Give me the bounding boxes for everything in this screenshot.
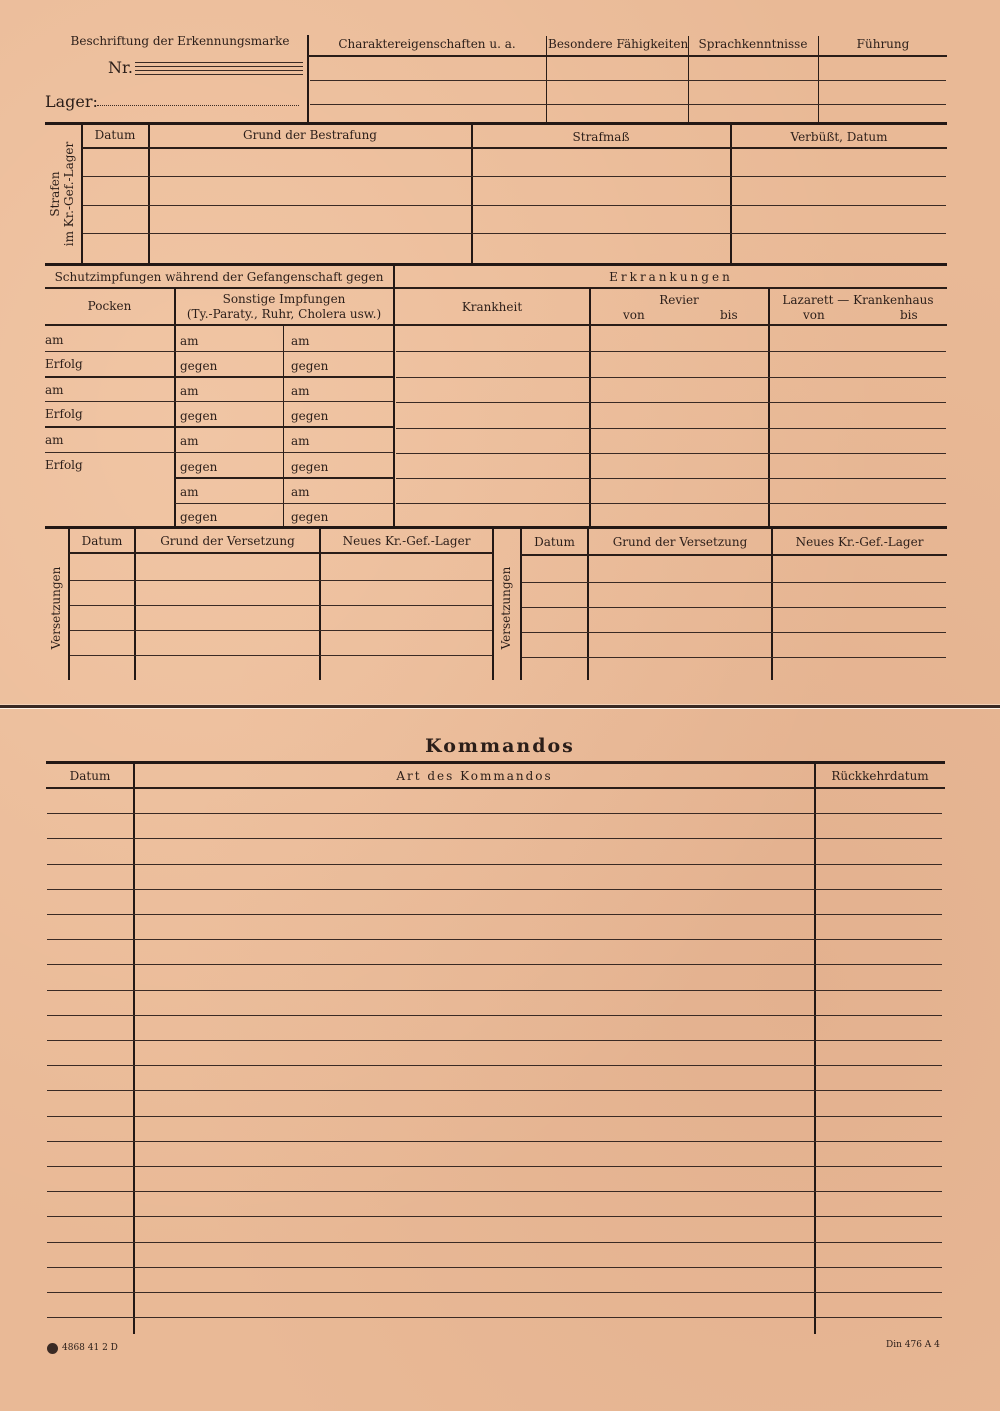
pocken-erfolg-3: Erfolg [45, 458, 83, 472]
col-besondere-faehigkeiten: Besondere Fähigkeiten [548, 37, 686, 51]
pocken-erfolg-2: Erfolg [45, 407, 83, 421]
sonst-am-1a: am [180, 334, 199, 348]
table-row-line [47, 1065, 942, 1066]
transfers-side-label-left: Versetzungen [49, 558, 65, 658]
col-revier: Revier [591, 293, 767, 307]
col-fuehrung: Führung [820, 37, 946, 51]
vaccinations-title: Schutzimpfungen während der Gefangenscha… [45, 270, 393, 284]
pocken-am-2: am [45, 383, 64, 397]
printer-mark-icon [47, 1343, 58, 1354]
sonst-gegen-1b: gegen [291, 359, 328, 373]
col-datum: Datum [47, 769, 133, 783]
sonst-gegen-1a: gegen [180, 359, 217, 373]
sonst-am-4b: am [291, 485, 310, 499]
col-datum: Datum [83, 128, 147, 142]
col-sonstige-line2: (Ty.-Paraty., Ruhr, Cholera usw.) [176, 307, 392, 321]
col-sprachkenntnisse: Sprachkenntnisse [690, 37, 816, 51]
sonst-gegen-4a: gegen [180, 510, 217, 524]
table-row-line [47, 1090, 942, 1091]
table-row-line [47, 838, 942, 839]
sonst-gegen-3b: gegen [291, 460, 328, 474]
revier-bis: bis [720, 308, 738, 322]
sonst-am-3b: am [291, 434, 310, 448]
table-row-line [47, 914, 942, 915]
tag-label: Beschriftung der Erkennungsmarke [60, 34, 300, 48]
sonst-am-1b: am [291, 334, 310, 348]
sonst-am-3a: am [180, 434, 199, 448]
revier-von: von [623, 308, 645, 322]
table-row-line [47, 1292, 942, 1293]
print-code: 4868 41 2 D [62, 1343, 118, 1353]
sonst-gegen-3a: gegen [180, 460, 217, 474]
table-row-line [47, 1141, 942, 1142]
sonst-gegen-4b: gegen [291, 510, 328, 524]
col-datum: Datum [522, 535, 587, 549]
table-row-line [47, 939, 942, 940]
table-row-line [47, 864, 942, 865]
table-row-line [47, 1191, 942, 1192]
lager-label: Lager: [45, 92, 98, 111]
table-row-line [47, 1242, 942, 1243]
sonst-gegen-2a: gegen [180, 409, 217, 423]
col-art-des-kommandos: Art des Kommandos [135, 769, 814, 783]
lazarett-von: von [803, 308, 825, 322]
transfers-side-label-right: Versetzungen [499, 558, 515, 658]
col-datum: Datum [70, 534, 134, 548]
table-row-line [47, 1317, 942, 1318]
table-row-line [47, 990, 942, 991]
col-pocken: Pocken [45, 299, 174, 313]
table-row-line [47, 1166, 942, 1167]
col-verbuesst-datum: Verbüßt, Datum [732, 130, 946, 144]
strafen-label-2: im Kr.-Gef.-Lager [62, 134, 76, 254]
strafen-label-1: Strafen [48, 134, 62, 254]
kommandos-title: Kommandos [40, 735, 960, 757]
table-row-line [47, 1116, 942, 1117]
table-row-line [47, 813, 942, 814]
table-row-line [47, 1040, 942, 1041]
table-row-line [47, 889, 942, 890]
col-grund-der-bestrafung: Grund der Bestrafung [150, 128, 470, 142]
strafen-side-label: Strafen im Kr.-Gef.-Lager [48, 134, 80, 254]
lazarett-bis: bis [900, 308, 918, 322]
sonst-am-2a: am [180, 384, 199, 398]
col-krankheit: Krankheit [396, 300, 588, 314]
col-charaktereigenschaften: Charaktereigenschaften u. a. [310, 37, 544, 51]
table-row-line [47, 1216, 942, 1217]
sonst-gegen-2b: gegen [291, 409, 328, 423]
table-row-line [47, 1015, 942, 1016]
lager-field[interactable] [97, 104, 299, 106]
fold-line [0, 705, 1000, 708]
col-strafmass: Strafmaß [473, 130, 729, 144]
din-format: Din 476 A 4 [886, 1340, 940, 1350]
table-row-line [47, 964, 942, 965]
col-sonstige-line1: Sonstige Impfungen [176, 292, 392, 306]
nr-field[interactable] [135, 60, 303, 76]
pocken-am-3: am [45, 433, 64, 447]
col-neues-lager: Neues Kr.-Gef.-Lager [321, 534, 492, 548]
col-grund-der-versetzung: Grund der Versetzung [136, 534, 319, 548]
illnesses-title: Erkrankungen [396, 270, 946, 284]
table-row-line [47, 1267, 942, 1268]
col-neues-lager: Neues Kr.-Gef.-Lager [773, 535, 946, 549]
col-lazarett: Lazarett — Krankenhaus [770, 293, 946, 307]
col-grund-der-versetzung: Grund der Versetzung [589, 535, 771, 549]
nr-label: Nr. [108, 58, 133, 77]
sonst-am-4a: am [180, 485, 199, 499]
pocken-am-1: am [45, 333, 64, 347]
pocken-erfolg-1: Erfolg [45, 357, 83, 371]
sonst-am-2b: am [291, 384, 310, 398]
col-rueckkehrdatum: Rückkehrdatum [816, 769, 944, 783]
